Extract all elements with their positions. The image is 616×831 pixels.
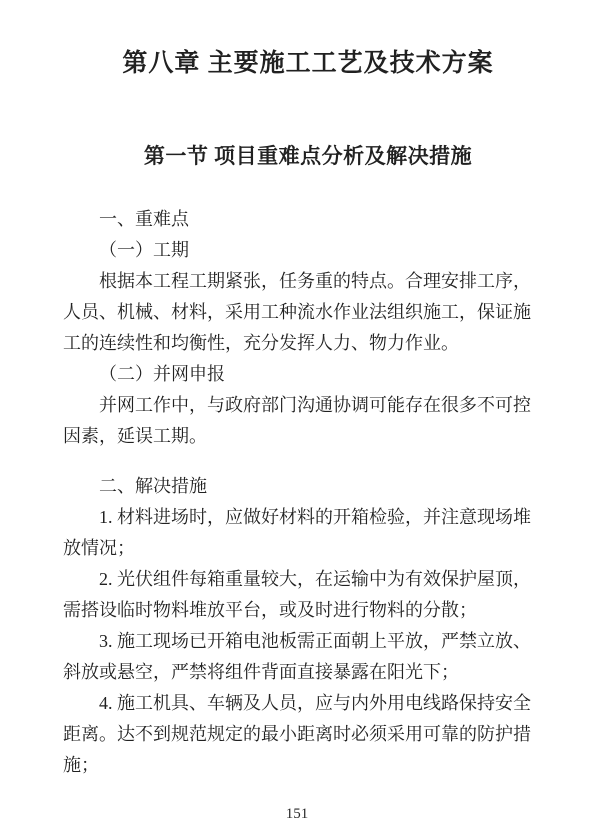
- text-line: 1. 材料进场时，应做好材料的开箱检验，并注意现场堆: [63, 502, 531, 533]
- section-title: 第一节 项目重难点分析及解决措施: [0, 143, 616, 169]
- text-line: 人员、机械、材料，采用工种流水作业法组织施工，保证施: [63, 297, 531, 328]
- text-line: 因素，延误工期。: [63, 421, 531, 452]
- text-line: （一）工期: [63, 235, 531, 266]
- document-page: 第八章 主要施工工艺及技术方案 第一节 项目重难点分析及解决措施 一、重难点（一…: [0, 0, 616, 831]
- text-line: 一、重难点: [63, 204, 531, 235]
- text-line: 放情况；: [63, 533, 531, 564]
- text-line: 斜放或悬空，严禁将组件背面直接暴露在阳光下；: [63, 657, 531, 688]
- text-line: 2. 光伏组件每箱重量较大，在运输中为有效保护屋顶，: [63, 564, 531, 595]
- text-line: 施；: [63, 750, 531, 781]
- chapter-title: 第八章 主要施工工艺及技术方案: [0, 0, 616, 79]
- text-line: 需搭设临时物料堆放平台，或及时进行物料的分散；: [63, 595, 531, 626]
- text-line: 二、解决措施: [63, 471, 531, 502]
- text-line: 工的连续性和均衡性，充分发挥人力、物力作业。: [63, 328, 531, 359]
- page-number: 151: [63, 807, 531, 822]
- text-line: 根据本工程工期紧张，任务重的特点。合理安排工序，: [63, 266, 531, 297]
- text-line: 3. 施工现场已开箱电池板需正面朝上平放，严禁立放、: [63, 626, 531, 657]
- text-line: （二）并网申报: [63, 359, 531, 390]
- text-line: 并网工作中，与政府部门沟通协调可能存在很多不可控: [63, 390, 531, 421]
- text-line: 4. 施工机具、车辆及人员，应与内外用电线路保持安全: [63, 688, 531, 719]
- body-text: 一、重难点（一）工期根据本工程工期紧张，任务重的特点。合理安排工序，人员、机械、…: [63, 204, 531, 781]
- text-line: 距离。达不到规范规定的最小距离时必须采用可靠的防护措: [63, 719, 531, 750]
